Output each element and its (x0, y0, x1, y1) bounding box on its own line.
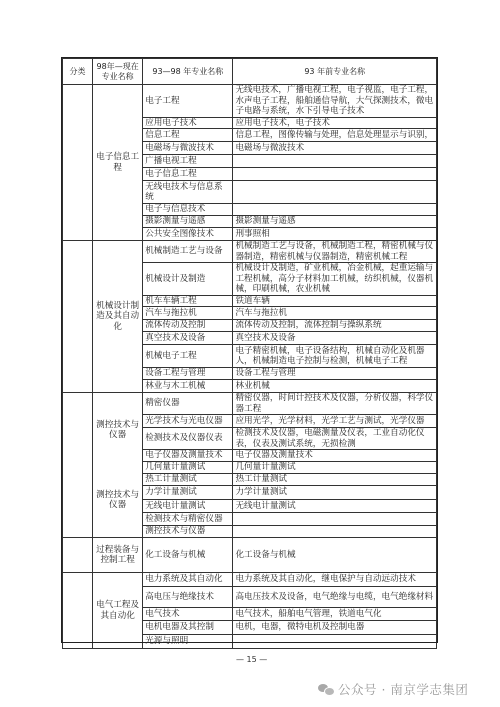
major-pre93-cell: 应用电子技术，电子技术 (233, 117, 437, 129)
page-number: — 15 — (236, 655, 267, 664)
major-pre93-cell: 无线电技术，广播电视工程，电子视监，电子工程，水声电子工程，船舶通信导航，大气探… (233, 85, 437, 118)
major-9398-cell: 真空技术及设备 (143, 332, 233, 345)
major-9398-cell: 检测技术及仪器仪表 (143, 428, 233, 450)
major-pre93-cell: 电子仪器及测量技术 (233, 450, 437, 462)
major-pre93-cell: 汽车与拖拉机 (233, 307, 437, 320)
major-pre93-cell: 化工设备与机械 (233, 538, 437, 573)
table-body: 电子信息工程电子工程无线电技术，广播电视工程，电子视监，电子工程，水声电子工程，… (63, 85, 437, 649)
current-major-cell: 电气工程及其自动化 (93, 573, 143, 649)
major-pre93-cell: 高电压技术及设备，电气绝缘与电缆，电气绝缘材料 (233, 587, 437, 608)
major-9398-cell: 无线电计量测试 (143, 500, 233, 513)
table-row: 机械设计制造及其自动化机械制造工艺与设备机械制造工艺与设备，机械制造工程，精密机… (63, 241, 437, 263)
major-9398-cell: 测控技术与仪器 (143, 526, 233, 538)
major-9398-cell: 电子仪器及测量技术 (143, 450, 233, 462)
major-9398-cell: 摄影测量与遥感 (143, 216, 233, 228)
major-9398-cell: 电子信息工程 (143, 168, 233, 181)
major-9398-cell: 电磁场与微波技术 (143, 142, 233, 155)
major-9398-cell: 检测技术与精密仪器 (143, 513, 233, 526)
wechat-icon (318, 683, 334, 695)
major-9398-cell: 流体传动及控制 (143, 320, 233, 332)
major-pre93-cell: 力学计量测试 (233, 486, 437, 500)
current-major-label: 测控技术与仪器 (95, 420, 140, 441)
major-9398-cell: 无线电技术与信息系统 (143, 181, 233, 204)
major-9398-cell: 热工计量测试 (143, 474, 233, 486)
major-pre93-cell (233, 155, 437, 168)
major-9398-cell: 电子工程 (143, 85, 233, 118)
major-pre93-cell: 精密仪器，时间计控技术及仪器，分析仪器，科学仪器工程 (233, 393, 437, 415)
current-major-cell: 过程装备与控制工程 (93, 538, 143, 573)
current-major-label: 机械设计制造及其自动化 (95, 301, 140, 333)
category-cell (63, 85, 93, 241)
major-9398-cell: 电子与信息技术 (143, 204, 233, 216)
major-9398-cell: 机械设计及制造 (143, 263, 233, 296)
header-current-major: 98年—现在专业名称 (93, 59, 143, 85)
header-9398-major: 93—98 年专业名称 (143, 59, 233, 85)
major-pre93-cell: 电子精密机械，电子设备结构，机械自动化及机器人，机械制造电子控制与检测，机械电子… (233, 345, 437, 368)
current-major-cell: 测控技术与仪器测控技术与仪器 (93, 393, 143, 538)
major-9398-cell: 电力系统及其自动化 (143, 573, 233, 587)
major-9398-cell: 高电压与绝缘技术 (143, 587, 233, 608)
major-pre93-cell: 真空技术及设备 (233, 332, 437, 345)
major-pre93-cell: 热工计量测试 (233, 474, 437, 486)
major-pre93-cell: 林业机械 (233, 380, 437, 393)
major-pre93-cell: 检测技术及仪器，电磁测量及仪表，工业自动化仪表，仪表及测试系统，无损检测 (233, 428, 437, 450)
table-header-row: 分类 98年—现在专业名称 93—98 年专业名称 93 年前专业名称 (63, 59, 437, 85)
category-cell (63, 573, 93, 649)
major-pre93-cell: 电机，电器，微特电机及控制电器 (233, 621, 437, 635)
table-row: 电子信息工程电子工程无线电技术，广播电视工程，电子视监，电子工程，水声电子工程，… (63, 85, 437, 118)
major-9398-cell: 电机电器及其控制 (143, 621, 233, 635)
major-9398-cell: 公共安全图像技术 (143, 228, 233, 241)
major-9398-cell: 光学技术与光电仪器 (143, 415, 233, 428)
watermark-text: 公众号 · 南京学志集团 (338, 680, 468, 698)
current-major-label: 电气工程及其自动化 (95, 600, 140, 621)
major-9398-cell: 汽车与拖拉机 (143, 307, 233, 320)
major-9398-cell: 化工设备与机械 (143, 538, 233, 573)
major-9398-cell: 机械制造工艺与设备 (143, 241, 233, 263)
major-pre93-cell: 摄影测量与遥感 (233, 216, 437, 228)
major-pre93-cell: 信息工程，图像传输与处理，信息处理显示与识别， (233, 129, 437, 142)
major-mapping-table: 分类 98年—现在专业名称 93—98 年专业名称 93 年前专业名称 电子信息… (62, 58, 437, 649)
major-9398-cell: 机械电子工程 (143, 345, 233, 368)
major-9398-cell: 林业与木工机械 (143, 380, 233, 393)
major-pre93-cell: 流体传动及控制，流体控制与操纵系统 (233, 320, 437, 332)
table-row: 过程装备与控制工程化工设备与机械化工设备与机械 (63, 538, 437, 573)
major-pre93-cell (233, 168, 437, 181)
major-pre93-cell (233, 181, 437, 204)
major-pre93-cell: 机械制造工艺与设备，机械制造工程，精密机械与仪器制造，精密机械与仪器制造，精密机… (233, 241, 437, 263)
major-pre93-cell: 电力系统及其自动化，继电保护与自动远动技术 (233, 573, 437, 587)
major-pre93-cell: 应用光学，光学材料，光学工艺与测试，光学仪器 (233, 415, 437, 428)
major-9398-cell: 精密仪器 (143, 393, 233, 415)
header-pre93-major: 93 年前专业名称 (233, 59, 437, 85)
major-9398-cell: 设备工程与管理 (143, 368, 233, 380)
major-pre93-cell: 无线电计量测试 (233, 500, 437, 513)
current-major-label-repeat: 测控技术与仪器 (95, 490, 140, 511)
current-major-label: 电子信息工程 (95, 152, 140, 173)
major-pre93-cell (233, 635, 437, 649)
major-pre93-cell: 电气技术，船舶电气管理，铁道电气化 (233, 608, 437, 621)
major-pre93-cell: 几何量计量测试 (233, 462, 437, 474)
major-pre93-cell: 铁道车辆 (233, 295, 437, 307)
major-9398-cell: 力学计量测试 (143, 486, 233, 500)
major-9398-cell: 电气技术 (143, 608, 233, 621)
category-cell (63, 241, 93, 393)
major-pre93-cell: 电磁场与微波技术 (233, 142, 437, 155)
current-major-label: 过程装备与控制工程 (95, 545, 140, 566)
major-9398-cell: 机车车辆工程 (143, 295, 233, 307)
major-9398-cell: 几何量计量测试 (143, 462, 233, 474)
major-9398-cell: 应用电子技术 (143, 117, 233, 129)
major-9398-cell: 信息工程 (143, 129, 233, 142)
major-pre93-cell: 刑事照相 (233, 228, 437, 241)
major-pre93-cell: 机械设计及制造，矿业机械，冶金机械，起重运输与工程机械，高分子材料加工机械，纺织… (233, 263, 437, 296)
major-pre93-cell: 设备工程与管理 (233, 368, 437, 380)
current-major-cell: 机械设计制造及其自动化 (93, 241, 143, 393)
table-row: 电气工程及其自动化电力系统及其自动化电力系统及其自动化，继电保护与自动远动技术 (63, 573, 437, 587)
major-9398-cell: 光源与照明 (143, 635, 233, 649)
major-pre93-cell (233, 204, 437, 216)
watermark: 公众号 · 南京学志集团 (318, 680, 468, 698)
major-pre93-cell (233, 513, 437, 526)
major-pre93-cell (233, 526, 437, 538)
category-cell (63, 538, 93, 573)
current-major-cell: 电子信息工程 (93, 85, 143, 241)
header-category: 分类 (63, 59, 93, 85)
category-cell (63, 393, 93, 538)
table-row: 测控技术与仪器测控技术与仪器精密仪器精密仪器，时间计控技术及仪器，分析仪器，科学… (63, 393, 437, 415)
major-9398-cell: 广播电视工程 (143, 155, 233, 168)
